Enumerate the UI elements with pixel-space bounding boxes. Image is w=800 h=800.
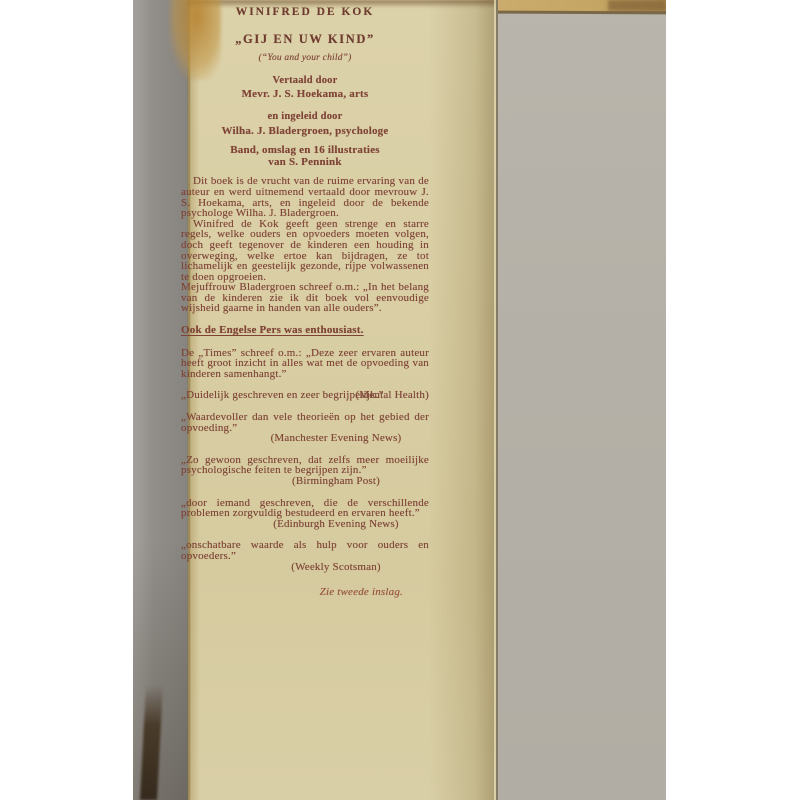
translated-by-label: Vertaald door [181,76,429,87]
press-heading: Ook de Engelse Pers was enthousiast. [181,325,429,336]
flap-printed-text: WINIFRED DE KOK „GIJ EN UW KIND” (“You a… [181,7,429,598]
translator-name: Mevr. J. S. Hoekama, arts [181,89,429,100]
design-credit-line1: Band, omslag en 16 illustraties [181,145,429,156]
quote-source: (Manchester Evening News) [181,433,429,444]
press-quote: „onschatbare waarde als hulp voor ouders… [181,540,429,572]
press-quote: „Zo gewoon geschreven, dat zelfs meer mo… [181,455,429,487]
board-top-line [498,11,666,15]
closing-note: Zie tweede inslag. [181,587,429,598]
design-credit-line2: van S. Pennink [181,157,429,168]
quote-text: „door iemand geschreven, die de verschil… [181,498,429,519]
book-jacket-photo: WINIFRED DE KOK „GIJ EN UW KIND” (“You a… [133,0,666,800]
quote-source: (Weekly Scotsman) [181,562,429,573]
quote-source: (Birmingham Post) [181,476,429,487]
quote-text: „Waardevoller dan vele theorieën op het … [181,412,429,433]
book-cover-board [498,0,666,800]
times-review-paragraph: De „Times” schreef o.m.: „Deze zeer erva… [181,348,429,380]
original-title: (“You and your child”) [181,53,429,64]
book-title: „GIJ EN UW KIND” [181,34,429,45]
press-quote: „Waardevoller dan vele theorieën op het … [181,412,429,444]
press-quote: „Duidelijk geschreven en zeer begrijpeli… [181,390,429,401]
quote-text: „onschatbare waarde als hulp voor ouders… [181,540,429,561]
quote-source: (Edinburgh Evening News) [181,519,429,530]
description-paragraph: Dit boek is de vrucht van de ruime ervar… [181,176,429,218]
quote-text: „Zo gewoon geschreven, dat zelfs meer mo… [181,455,429,476]
press-quote: „door iemand geschreven, die de verschil… [181,498,429,530]
description-paragraph: Winifred de Kok geeft geen strenge en st… [181,219,429,283]
description-paragraph: Mejuffrouw Bladergroen schreef o.m.: „In… [181,282,429,314]
board-top-stain [608,0,666,11]
introduced-by-label: en ingeleid door [181,112,429,123]
introducer-name: Wilha. J. Bladergroen, psychologe [181,126,429,137]
author-name: WINIFRED DE KOK [181,7,429,18]
